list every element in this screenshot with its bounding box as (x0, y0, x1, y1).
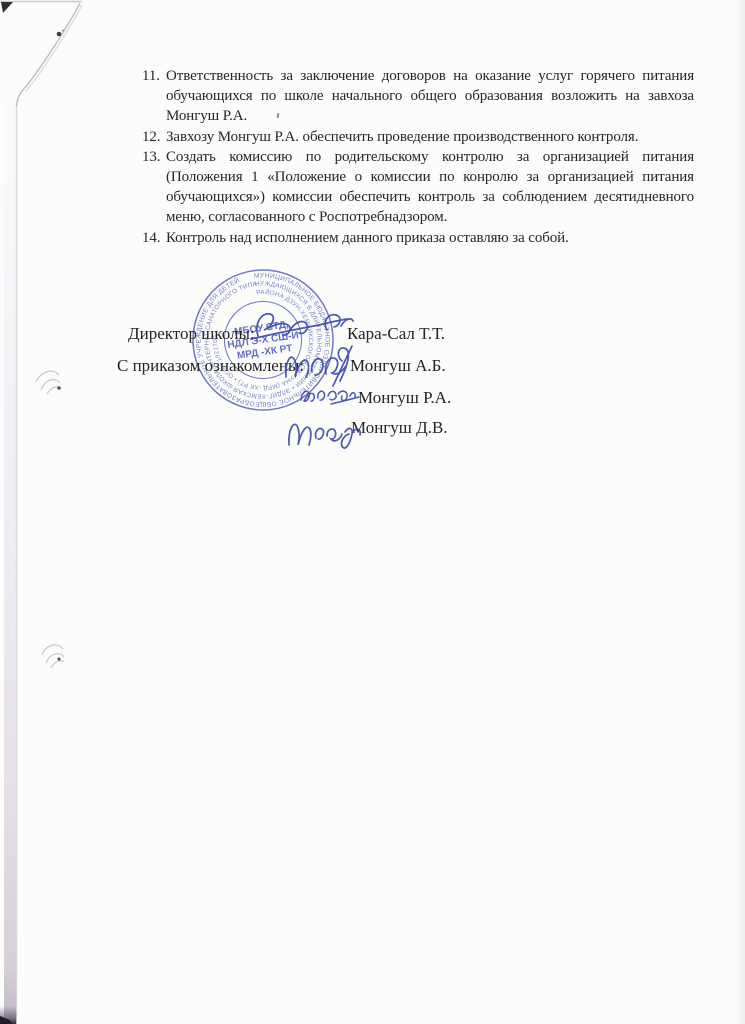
handwritten-signatures (0, 0, 745, 1024)
director-signature (251, 314, 353, 339)
ack-signature-2 (301, 391, 359, 404)
scanned-document-page: 11. Ответственность за заключение догово… (0, 0, 745, 1024)
ack-signature-3 (289, 424, 360, 448)
ack-signature-1 (286, 346, 352, 386)
